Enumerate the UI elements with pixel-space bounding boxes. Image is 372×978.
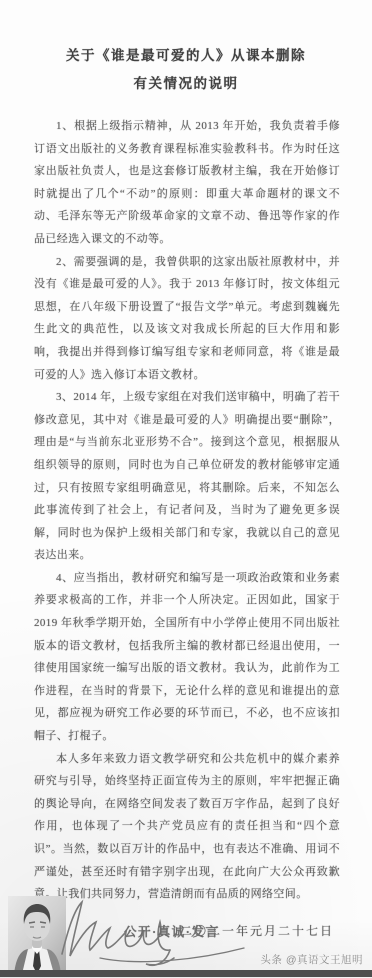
paragraph-1: 1、根据上级指示精神，从 2013 年开始，我负责着手修订语文出版社的义务教育课… — [34, 115, 340, 251]
paragraph-5: 本人多年来致力语文教学研究和公共危机中的媒介素养研究与引导，始终坚持正面宣传为主… — [34, 748, 340, 906]
toutiao-watermark: 头条 @真语文王旭明 — [260, 952, 363, 967]
bottom-edge-bar — [0, 970, 372, 977]
paragraph-2: 2、需要强调的是，我曾供职的这家出版社原教材中，并没有《谁是最可爱的人》。我于 … — [34, 251, 340, 387]
paragraph-3: 3、2014 年，上级专家组在对我们送审稿中，明确了若干修改意见，其中对《谁是最… — [34, 386, 340, 567]
statement-document-page: 关于《谁是最可爱的人》从课本删除 有关情况的说明 1、根据上级指示精神，从 20… — [0, 0, 372, 978]
document-title-line1: 关于《谁是最可爱的人》从课本删除 — [0, 42, 372, 70]
document-body: 1、根据上级指示精神，从 2013 年开始，我负责着手修订语文出版社的义务教育课… — [34, 115, 340, 906]
slogan-text: 公开·真诚·发言 — [124, 922, 219, 940]
document-title-line2: 有关情况的说明 — [0, 70, 372, 98]
document-title: 关于《谁是最可爱的人》从课本删除 有关情况的说明 — [0, 0, 372, 98]
paragraph-4: 4、应当指出，教材研究和编写是一项政治政策和业务素养要求极高的工作，并非一个人所… — [34, 567, 340, 748]
